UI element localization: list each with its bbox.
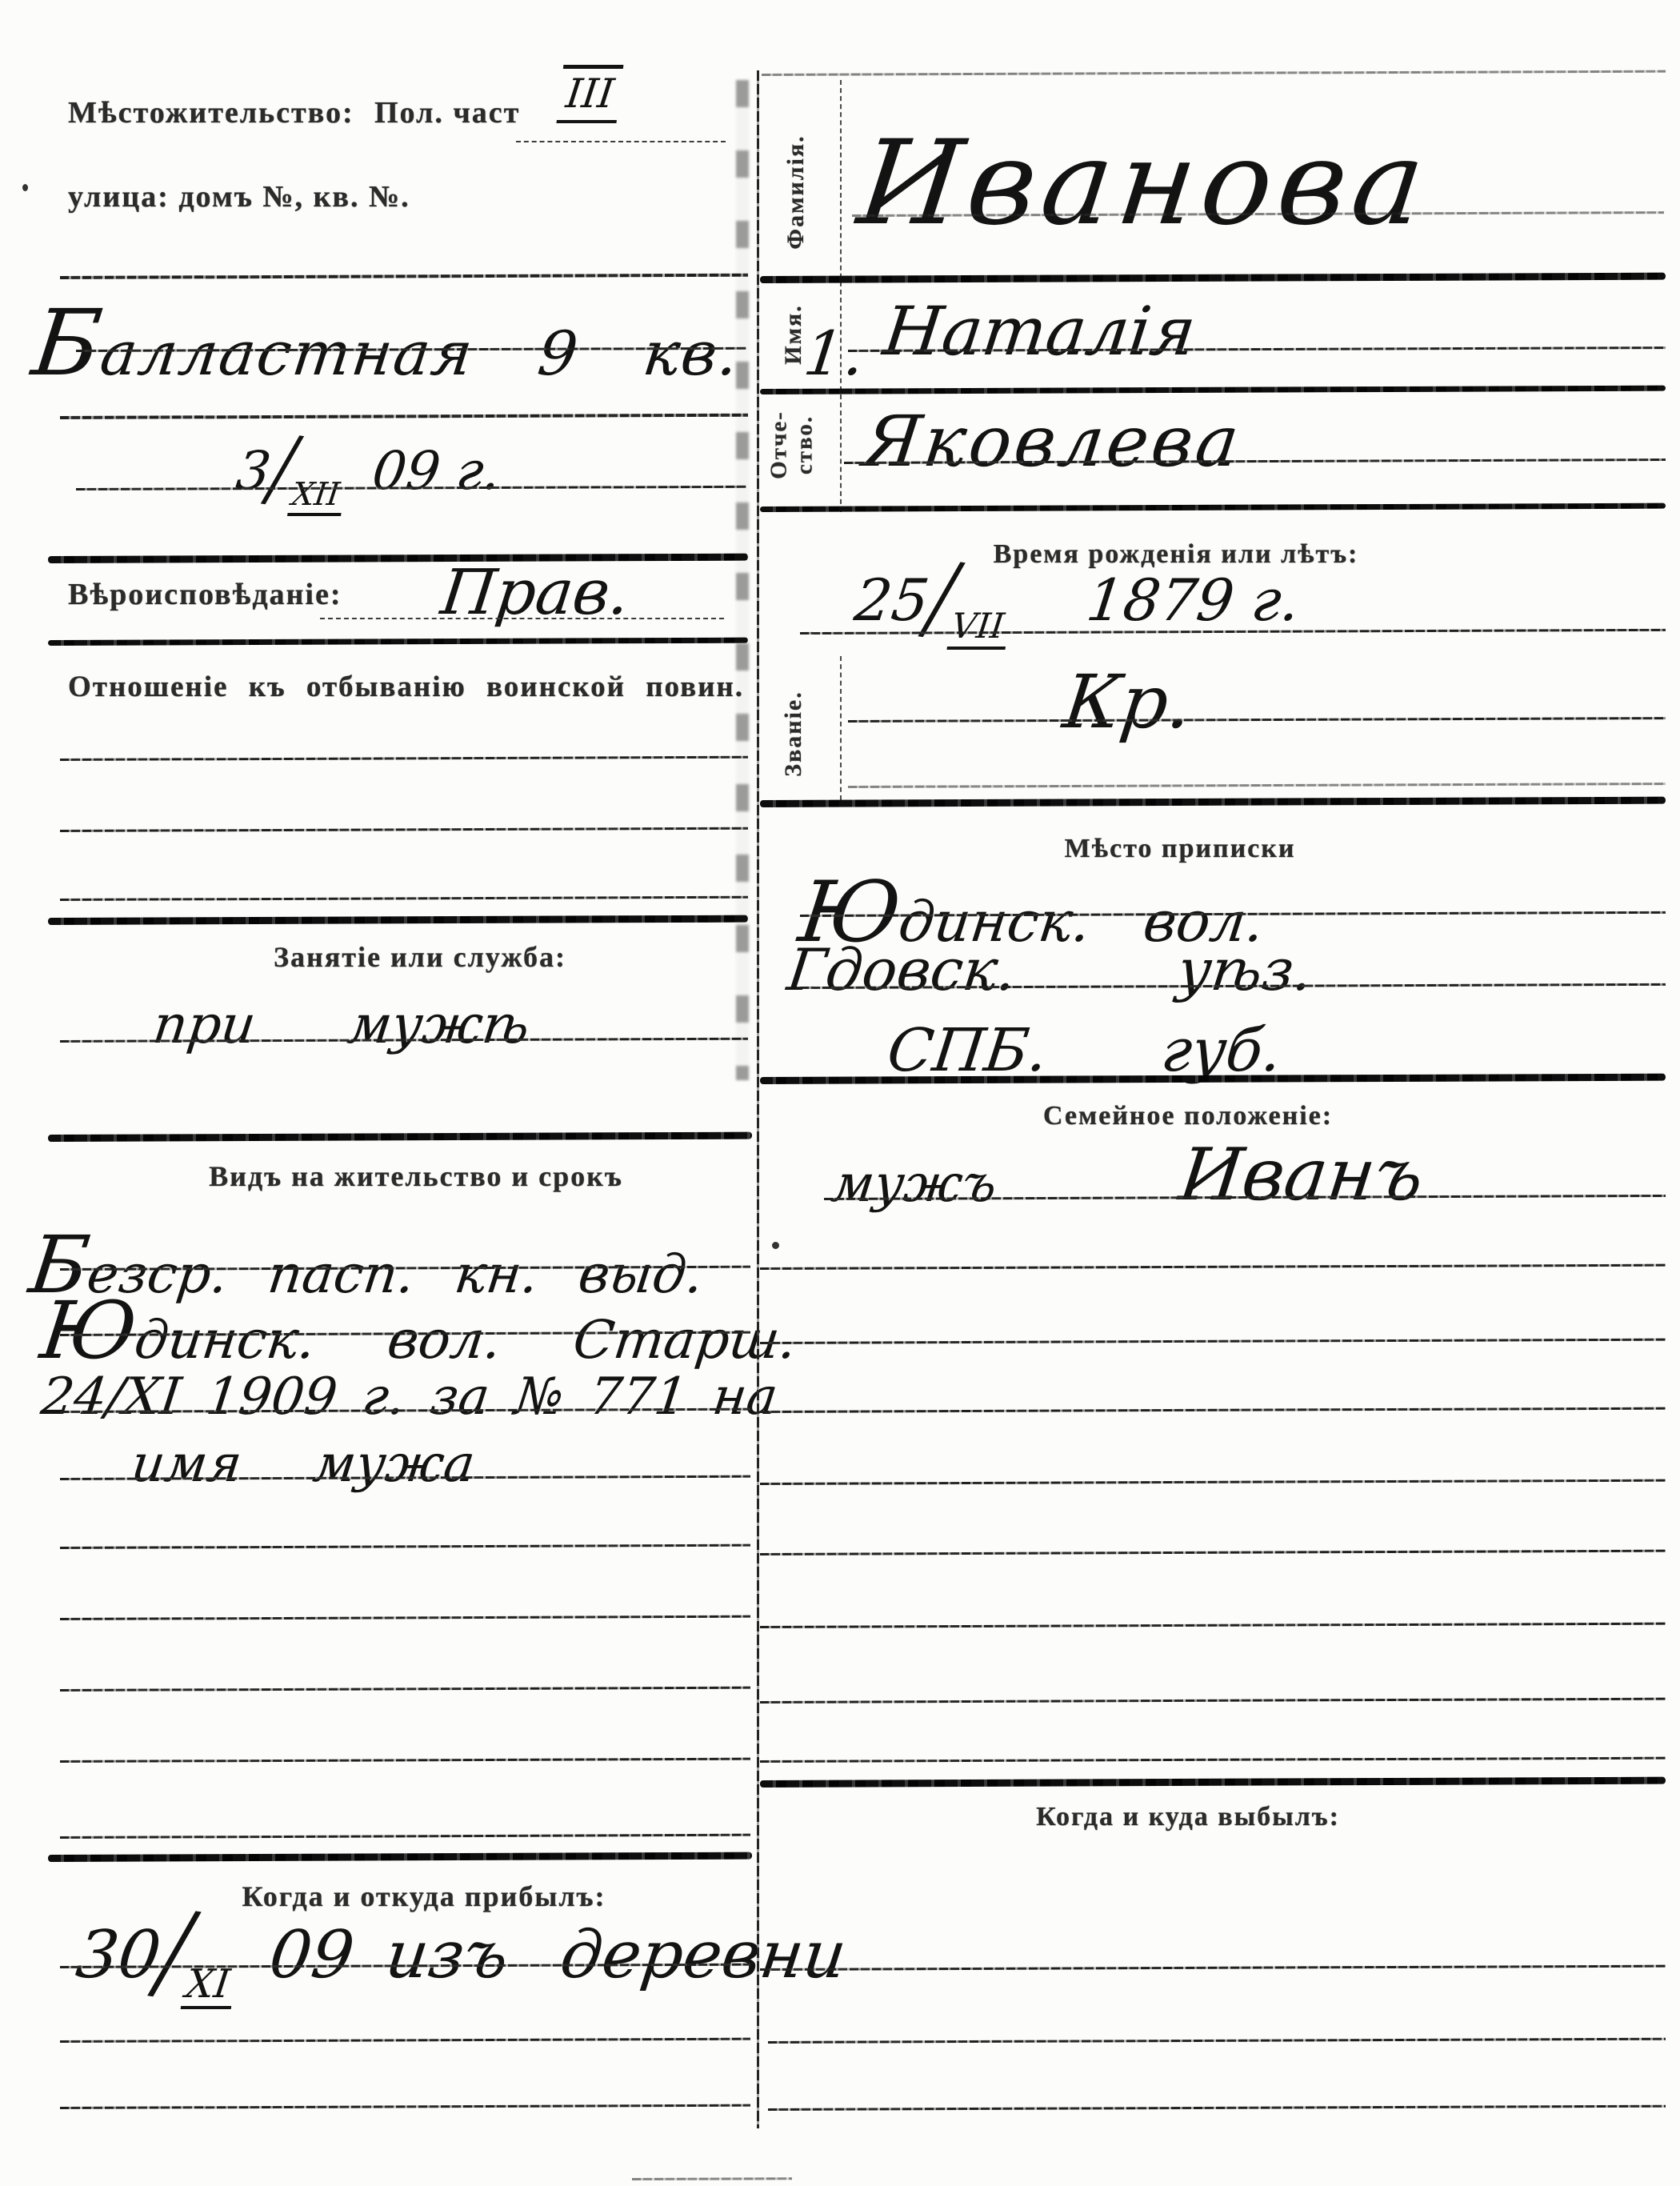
ruled-line	[760, 1698, 1666, 1704]
arrival-month: XI	[181, 1964, 236, 2009]
thick-ruled-line	[48, 638, 748, 646]
thick-ruled-line	[760, 1777, 1666, 1788]
ruled-line	[760, 1757, 1666, 1763]
birth-date-value: 25/VII1879 г.	[850, 565, 1304, 650]
registration-place-header: Мѣсто приписки	[1065, 834, 1296, 864]
scan-speck	[22, 184, 28, 191]
police-part-label: Пол. част	[374, 96, 520, 130]
firstname-value: Наталія	[880, 298, 1199, 365]
patronymic-value: Яковлева	[860, 406, 1246, 477]
ruled-line	[760, 1479, 1666, 1485]
ruled-line	[60, 274, 748, 279]
ruled-line	[60, 1758, 750, 1763]
ruled-line	[760, 1407, 1666, 1413]
label-strip-border	[840, 656, 842, 800]
permit-line: имя мужа	[129, 1439, 478, 1490]
patronymic-label-line: ство.	[792, 410, 818, 479]
ruled-line	[760, 1339, 1666, 1344]
street-label: улица: домъ №, кв. №.	[68, 180, 410, 214]
ruled-line	[762, 70, 1666, 76]
occupation-header: Занятіе или служба:	[274, 941, 566, 973]
ruled-line	[60, 896, 748, 901]
registration-date-value: 3/XII09 г.	[231, 438, 504, 516]
religion-label: Вѣроисповѣданіе:	[68, 578, 342, 612]
patronymic-label-line: Отче-	[766, 410, 792, 479]
thick-ruled-line	[760, 273, 1666, 283]
thick-ruled-line	[760, 503, 1666, 512]
ruled-line	[848, 717, 1666, 723]
thick-ruled-line	[48, 915, 748, 925]
patronymic-label: Отче- ство.	[766, 410, 818, 479]
family-status-husband-name: Иванъ	[1175, 1139, 1427, 1211]
firstname-label: Имя.	[780, 304, 807, 365]
residence-label: Мѣстожительство:	[68, 96, 354, 130]
ruled-line	[60, 1544, 750, 1549]
ruled-line	[60, 1615, 750, 1620]
ruled-line	[60, 2038, 750, 2043]
rank-label: Званіе.	[780, 691, 807, 776]
surname-value: Иванова	[853, 125, 1436, 242]
family-status-header: Семейное положеніе:	[1043, 1101, 1333, 1131]
ruled-line	[60, 827, 748, 832]
scan-speck	[772, 1242, 779, 1249]
residence-permit-header: Видъ на жительство и срокъ	[209, 1160, 623, 1192]
ruled-line	[760, 1550, 1666, 1555]
dotted-line	[320, 618, 724, 619]
ruled-line	[60, 756, 748, 761]
birth-day: 25	[851, 567, 933, 634]
permit-line: 24/XI 1909 г. за № 771 на	[38, 1371, 780, 1423]
police-part-value: III	[558, 74, 622, 114]
arrival-header: Когда и откуда прибылъ:	[242, 1880, 606, 1912]
police-part-numeral: III	[556, 65, 623, 123]
religion-value: Прав.	[438, 562, 633, 624]
ruled-line	[60, 414, 748, 419]
thick-ruled-line	[48, 1132, 752, 1142]
date-year: 09 г.	[369, 440, 504, 502]
date-month: XII	[287, 479, 346, 517]
thick-ruled-line	[760, 386, 1666, 394]
ruled-line	[760, 1264, 1666, 1270]
label-strip-border	[840, 80, 842, 512]
birth-month: VII	[946, 610, 1010, 650]
ruled-line	[60, 2104, 750, 2109]
scan-artifact	[736, 80, 749, 1080]
thick-ruled-line	[48, 554, 748, 563]
family-status-husband-word: мужъ	[829, 1159, 999, 1210]
arrival-value: 30/XI09изъ деревни	[70, 1914, 851, 2009]
registration-place-line: Гдовск. уѣз.	[785, 941, 1316, 999]
registration-card-page: Мѣстожительство: Пол. част III улица: до…	[0, 0, 1680, 2186]
ruled-line	[760, 1965, 1666, 1971]
surname-label: Фамилія.	[782, 134, 810, 249]
scan-artifact-line	[632, 2177, 792, 2180]
departure-header: Когда и куда выбылъ:	[1036, 1802, 1340, 1832]
ruled-line	[848, 783, 1666, 788]
arrival-day: 30	[72, 1917, 165, 1993]
police-part-underline	[516, 141, 726, 142]
ruled-line	[60, 1687, 750, 1692]
rank-value: Кр.	[1059, 666, 1196, 739]
arrival-from: изъ деревни	[382, 1917, 850, 1993]
ruled-line	[60, 1834, 750, 1839]
birth-year: 1879 г.	[1083, 567, 1304, 634]
occupation-value: при мужѣ	[150, 999, 533, 1051]
registration-place-line: СПБ. губ.	[884, 1021, 1285, 1080]
military-duty-label: Отношеніе къ отбыванію воинской повин.	[68, 671, 744, 703]
ruled-line	[768, 2105, 1666, 2111]
column-divider	[757, 70, 759, 2128]
arrival-year: 09	[266, 1917, 358, 1993]
thick-ruled-line	[760, 797, 1666, 807]
thick-ruled-line	[48, 1852, 752, 1862]
ruled-line	[760, 1623, 1666, 1628]
ruled-line	[768, 2038, 1666, 2044]
